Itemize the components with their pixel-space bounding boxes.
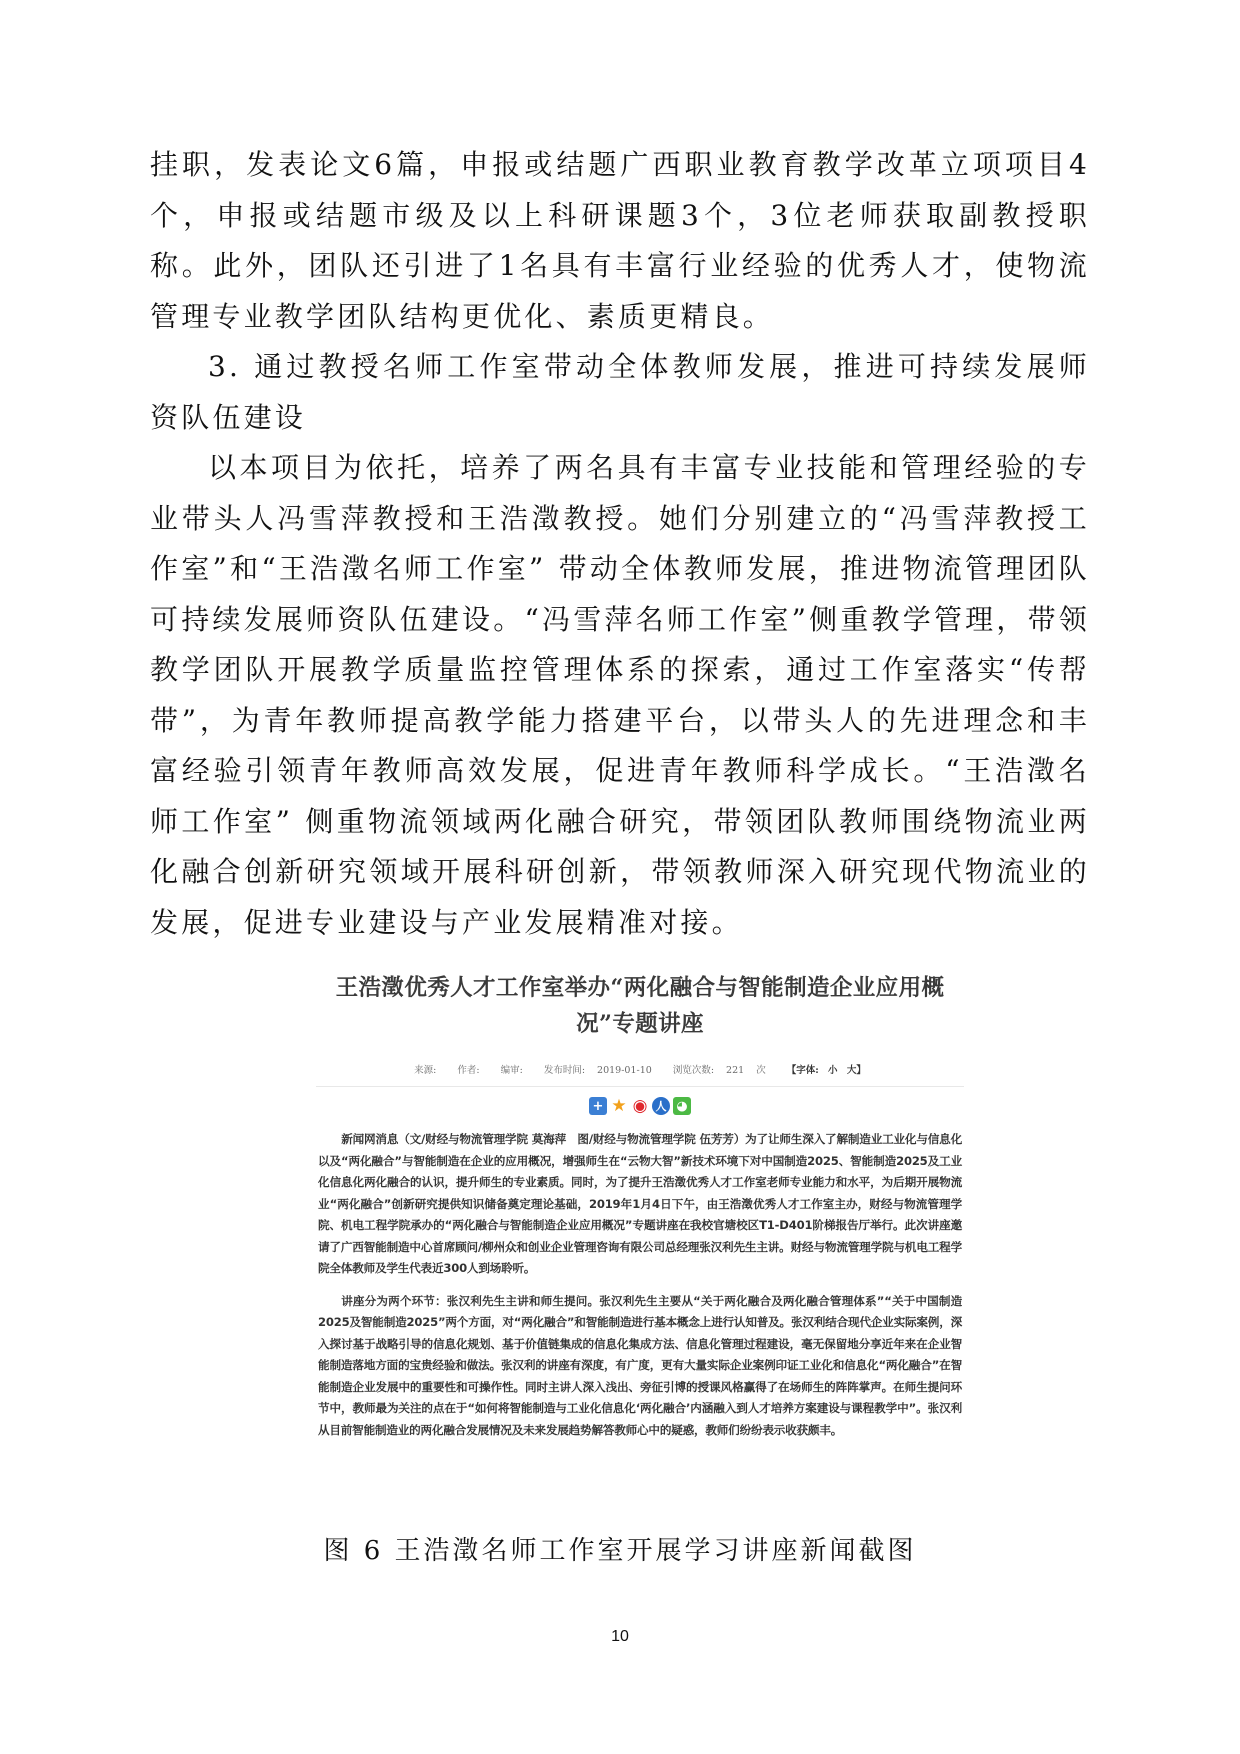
news-meta: 来源: 作者: 编审: 发布时间:2019-01-10 浏览次数:221次 【字… <box>308 1062 972 1076</box>
figure-caption: 图 6 王浩澂名师工作室开展学习讲座新闻截图 <box>0 1530 1240 1567</box>
meta-divider <box>316 1086 964 1087</box>
paragraph-continuation: 挂职，发表论文6篇，申报或结题广西职业教育教学改革立项项目4个，申报或结题市级及… <box>150 140 1090 342</box>
meta-author-label: 作者: <box>457 1065 479 1076</box>
news-title: 王浩澂优秀人才工作室举办“两化融合与智能制造企业应用概况”专题讲座 <box>308 970 972 1042</box>
body-text: 挂职，发表论文6篇，申报或结题广西职业教育教学改革立项项目4个，申报或结题市级及… <box>150 140 1090 948</box>
meta-source-label: 来源: <box>414 1065 436 1076</box>
meta-publish-time-label: 发布时间: <box>544 1065 585 1076</box>
meta-views-unit: 次 <box>756 1065 766 1076</box>
meta-publish-time: 2019-01-10 <box>597 1065 652 1076</box>
page-number: 10 <box>0 1628 1240 1646</box>
news-paragraph: 讲座分为两个环节：张汉利先生主讲和师生提问。张汉利先生主要从“关于两化融合及两化… <box>318 1291 962 1442</box>
meta-editor-label: 编审: <box>501 1065 523 1076</box>
renren-icon: 人 <box>652 1097 670 1115</box>
meta-views-label: 浏览次数: <box>673 1065 714 1076</box>
news-paragraph: 新闻网消息（文/财经与物流管理学院 莫海萍 图/财经与物流管理学院 伍芳芳）为了… <box>318 1129 962 1280</box>
font-size-control: 【字体: 小 大】 <box>787 1065 866 1076</box>
news-screenshot-figure: 王浩澂优秀人才工作室举办“两化融合与智能制造企业应用概况”专题讲座 来源: 作者… <box>308 958 972 1498</box>
paragraph: 以本项目为依托，培养了两名具有丰富专业技能和管理经验的专业带头人冯雪萍教授和王浩… <box>150 443 1090 948</box>
star-favorite-icon: ★ <box>610 1097 628 1115</box>
weibo-icon: ◉ <box>631 1097 649 1115</box>
document-page: 挂职，发表论文6篇，申报或结题广西职业教育教学改革立项项目4个，申报或结题市级及… <box>0 0 1240 1754</box>
section-heading: 3. 通过教授名师工作室带动全体教师发展，推进可持续发展师资队伍建设 <box>150 342 1090 443</box>
share-icons-row: + ★ ◉ 人 ◕ <box>308 1097 972 1115</box>
news-body: 新闻网消息（文/财经与物流管理学院 莫海萍 图/财经与物流管理学院 伍芳芳）为了… <box>318 1129 962 1441</box>
wechat-icon: ◕ <box>673 1097 691 1115</box>
plus-share-icon: + <box>589 1097 607 1115</box>
meta-views-count: 221 <box>726 1065 744 1076</box>
